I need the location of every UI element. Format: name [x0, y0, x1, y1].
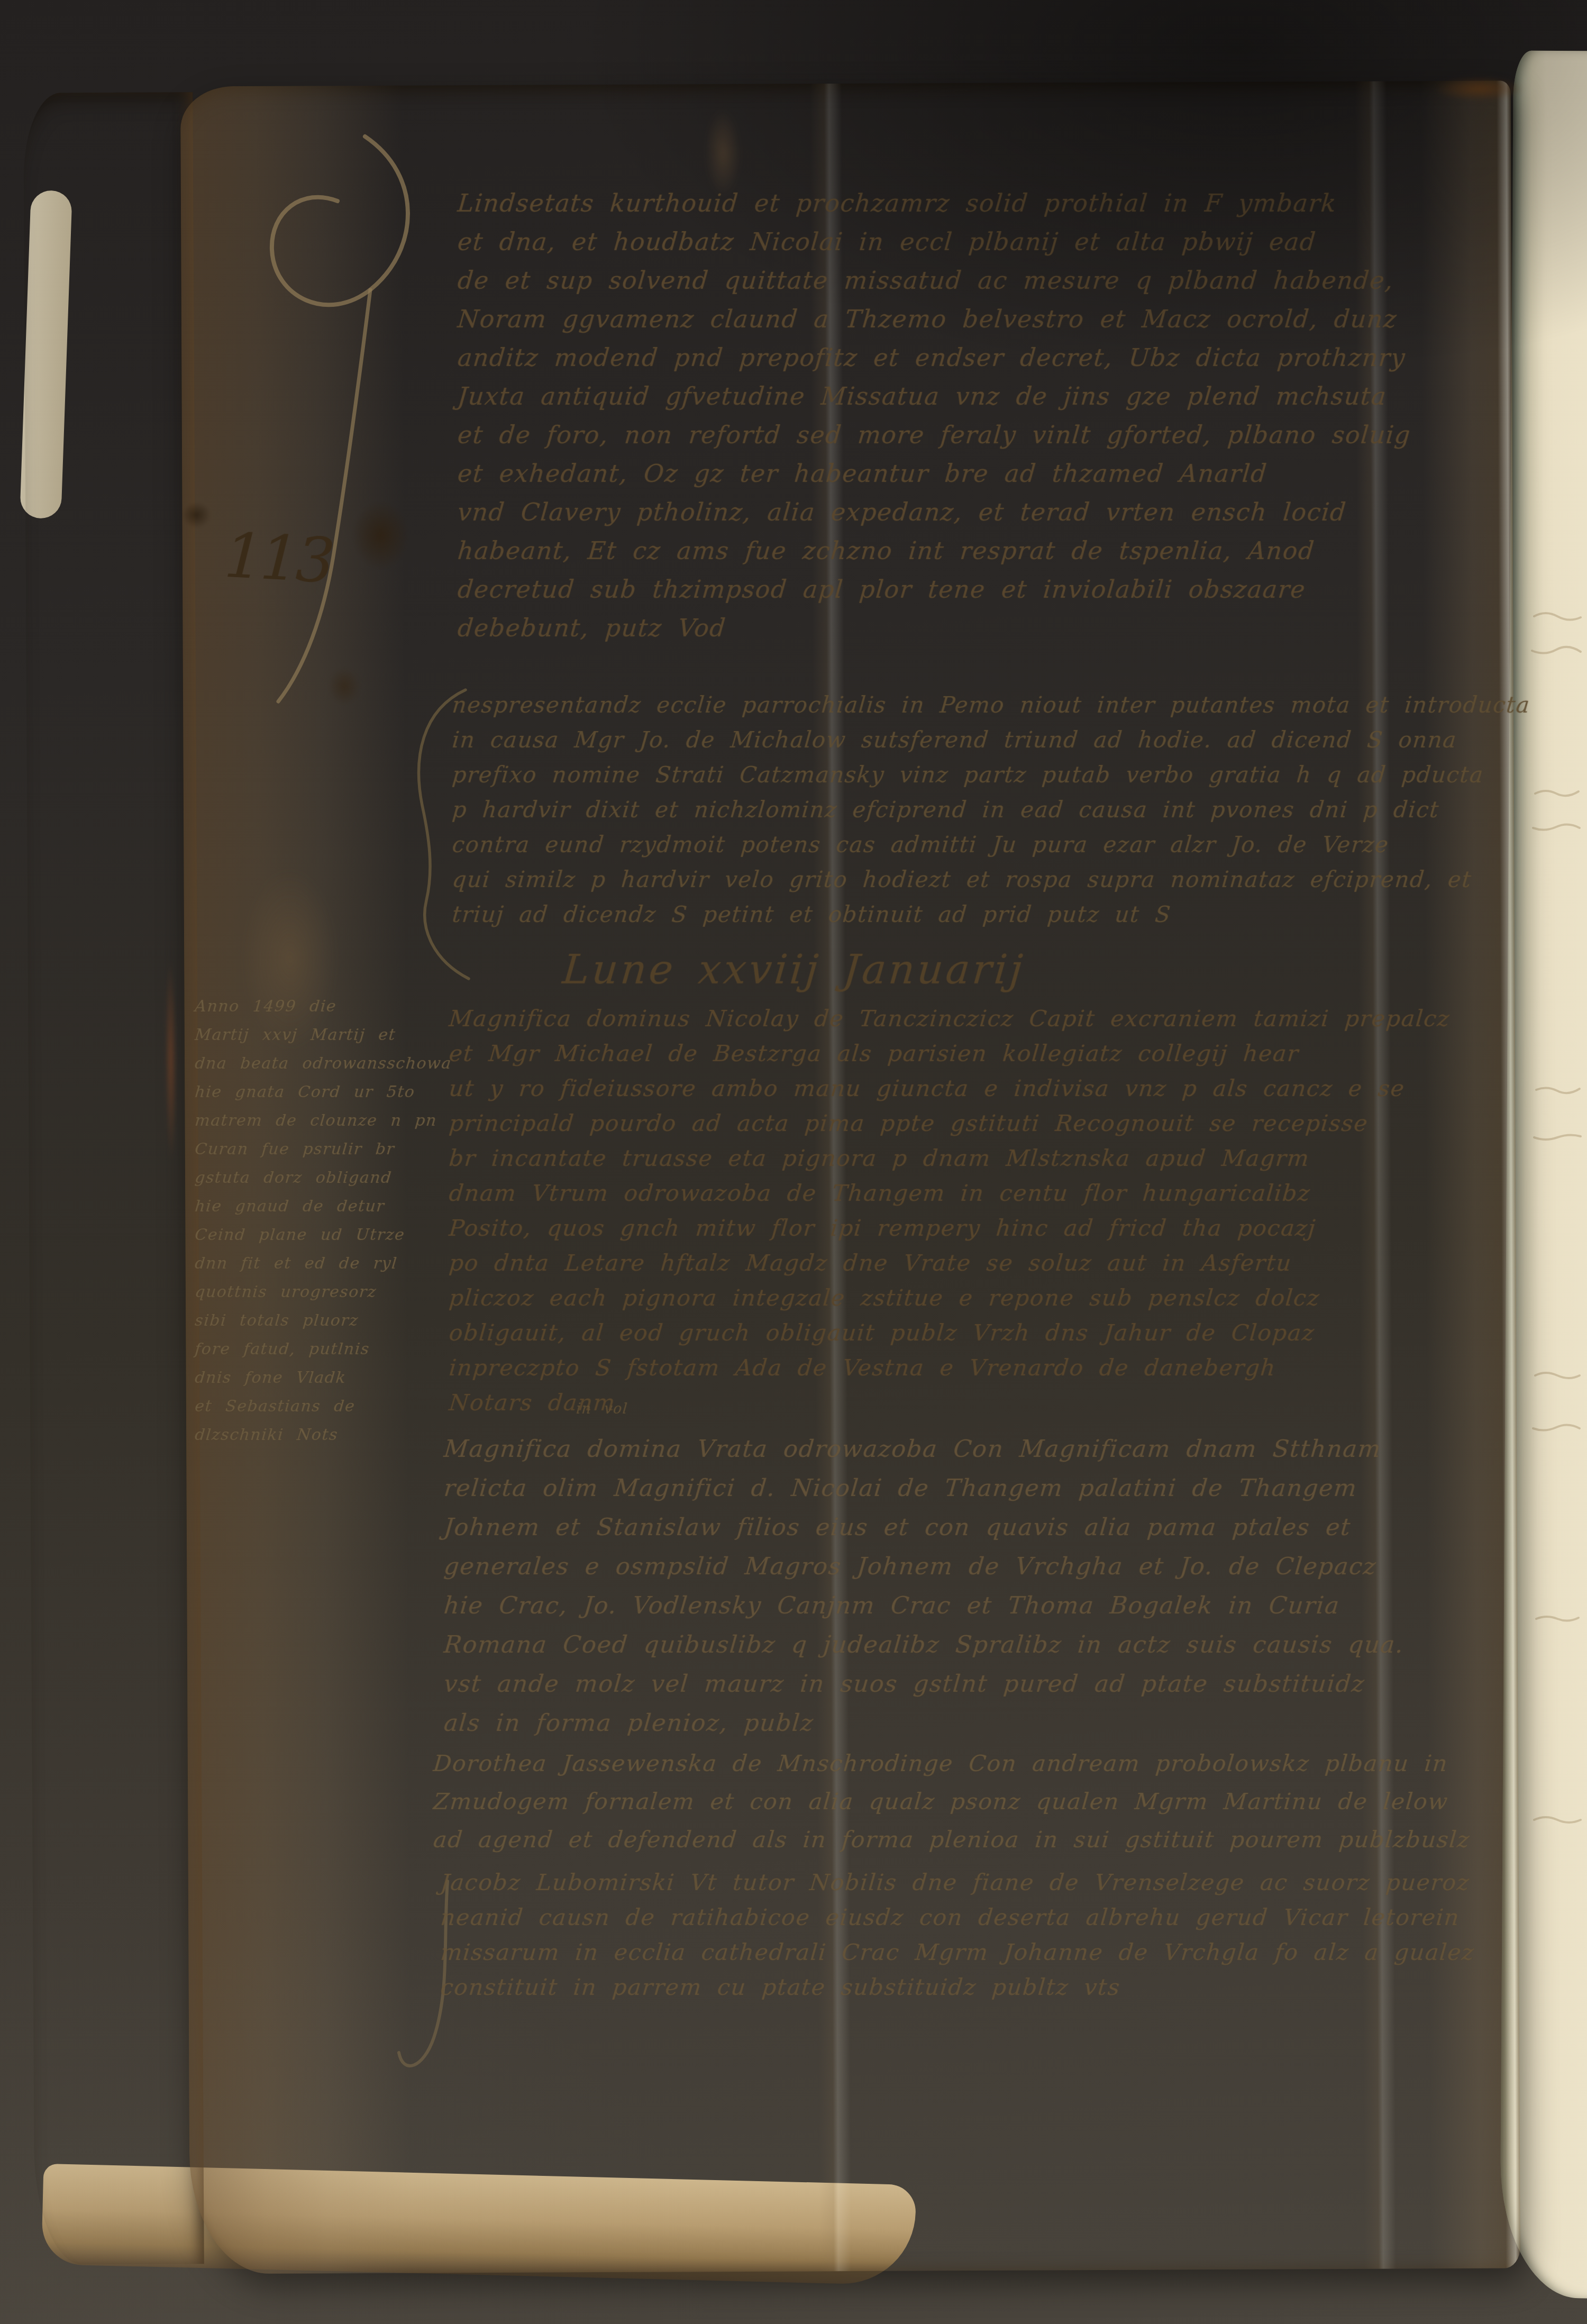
entry-paragraph-3: Magnifica dominus Nicolay de Tanczinczic… [448, 1001, 1448, 1420]
manuscript-line: principald pourdo ad acta pima ppte gsti… [448, 1106, 1452, 1141]
manuscript-line: Dorothea Jassewenska de Mnschrodinge Con… [432, 1745, 1472, 1783]
entry-paragraph-2: nespresentandz ecclie parrochialis in Pe… [451, 688, 1529, 932]
manuscript-line: et Sebastians de [194, 1392, 453, 1421]
manuscript-line: missarum in ecclia cathedrali Crac Mgrm … [439, 1935, 1476, 1970]
manuscript-line: Lindsetats kurthouid et prochzamrz solid… [456, 184, 1412, 223]
manuscript-line: hie gnata Cord ur 5to [194, 1078, 453, 1107]
manuscript-line: Magnifica dominus Nicolay de Tanczinczic… [448, 1001, 1452, 1036]
ink-blot [176, 496, 217, 533]
manuscript-line: hie Crac, Jo. Vodlensky Canjnm Crac et T… [442, 1586, 1406, 1625]
manuscript-line: Johnem et Stanislaw filios eius et con q… [442, 1508, 1406, 1547]
manuscript-line: habeant, Et cz ams fue zchzno int respra… [456, 532, 1412, 570]
manuscript-photograph: 113 Lindsetats kurthouid et prochzamrz s… [0, 0, 1587, 2324]
manuscript-line: obligauit, al eod gruch obligauit publz … [448, 1316, 1452, 1351]
manuscript-line: ut y ro fideiussore ambo manu giuncta e … [448, 1071, 1452, 1106]
manuscript-line: quottnis urogresorz [194, 1278, 453, 1307]
manuscript-line: matrem de clounze n pn [194, 1107, 453, 1135]
folio-number: 113 [223, 520, 334, 597]
manuscript-line: anditz modend pnd prepofitz et endser de… [456, 339, 1412, 377]
manuscript-line: Romana Coed quibuslibz q judealibz Spral… [442, 1625, 1406, 1664]
manuscript-line: Zmudogem fornalem et con alia qualz pson… [432, 1783, 1472, 1821]
manuscript-line: neanid causn de ratihabicoe eiusdz con d… [439, 1900, 1476, 1935]
manuscript-line: prefixo nomine Strati Catzmansky vinz pa… [451, 758, 1531, 792]
manuscript-line: Magnifica domina Vrata odrowazoba Con Ma… [442, 1429, 1406, 1469]
manuscript-line: inpreczpto S fstotam Ada de Vestna e Vre… [448, 1351, 1452, 1386]
manuscript-line: dnam Vtrum odrowazoba de Thangem in cent… [448, 1176, 1452, 1211]
manuscript-line: ad agend et defendend als in forma pleni… [432, 1821, 1472, 1859]
manuscript-line: Posito, quos gnch mitw flor ipi rempery … [448, 1211, 1452, 1246]
manuscript-line: debebunt, putz Vod [456, 609, 1412, 648]
book-spine-page-stack [23, 92, 204, 2265]
manuscript-line: vnd Clavery ptholinz, alia expedanz, et … [456, 493, 1412, 532]
manuscript-line: nespresentandz ecclie parrochialis in Pe… [451, 688, 1531, 723]
manuscript-line: hie gnaud de detur [194, 1192, 453, 1221]
manuscript-line: Curan fue psrulir br [194, 1135, 453, 1164]
manuscript-line: br incantate truasse eta pignora p dnam … [448, 1141, 1452, 1176]
manuscript-line: als in forma plenioz, publz [442, 1703, 1406, 1743]
manuscript-line: dlzschniki Nots [194, 1421, 453, 1450]
manuscript-line: dna beata odrowansschowa [194, 1050, 453, 1078]
manuscript-line: dnis fone Vladk [194, 1364, 453, 1392]
manuscript-line: pliczoz each pignora integzale zstitue e… [448, 1281, 1452, 1316]
manuscript-line: po dnta Letare hftalz Magdz dne Vrate se… [448, 1246, 1452, 1281]
manuscript-line: sibi totals pluorz [194, 1307, 453, 1335]
manuscript-line: et Mgr Michael de Bestzrga als parisien … [448, 1036, 1452, 1071]
date-heading: Lune xxviij Januarij [561, 946, 1023, 993]
entry-paragraph-5: Dorothea Jassewenska de Mnschrodinge Con… [432, 1745, 1469, 1859]
manuscript-line: constituit in parrem cu ptate substituid… [439, 1970, 1476, 2005]
manuscript-line: decretud sub thzimpsod apl plor tene et … [456, 570, 1412, 609]
entry-paragraph-4: Magnifica domina Vrata odrowazoba Con Ma… [442, 1429, 1402, 1743]
ink-blot [322, 660, 367, 713]
manuscript-line: Anno 1499 die [194, 992, 453, 1021]
manuscript-line: Jacobz Lubomirski Vt tutor Nobilis dne f… [439, 1865, 1476, 1900]
manuscript-line: p hardvir dixit et nichzlominz efciprend… [451, 792, 1531, 827]
manuscript-line: Juxta antiquid gfvetudine Missatua vnz d… [456, 377, 1412, 416]
entry-paragraph-6: Jacobz Lubomirski Vt tutor Nobilis dne f… [439, 1865, 1473, 2005]
manuscript-line: contra eund rzydmoit potens cas admitti … [451, 827, 1531, 862]
in-vol-text: in vol [576, 1401, 628, 1417]
manuscript-line: Martij xxvj Martij et [194, 1021, 453, 1050]
manuscript-line: Noram ggvamenz claund a Thzemo belvestro… [456, 300, 1412, 339]
manuscript-line: gstuta dorz obligand [194, 1164, 453, 1192]
manuscript-line: generales e osmpslid Magros Johnem de Vr… [442, 1547, 1406, 1586]
manuscript-line: triuj ad dicendz S petint et obtinuit ad… [451, 897, 1531, 932]
manuscript-line: qui similz p hardvir velo grito hodiezt … [451, 862, 1531, 897]
manuscript-line: dnn fit et ed de ryl [194, 1250, 453, 1278]
manuscript-line: fore fatud, putlnis [194, 1335, 453, 1364]
manuscript-line: relicta olim Magnifici d. Nicolai de Tha… [442, 1469, 1406, 1508]
margin-note-column: Anno 1499 dieMartij xxvj Martij etdna be… [194, 992, 450, 1450]
manuscript-line: et de foro, non refortd sed more feraly … [456, 416, 1412, 454]
in-vol-note: in vol [576, 1401, 627, 1417]
ink-blot [341, 488, 421, 584]
manuscript-line: in causa Mgr Jo. de Michalow sutsferend … [451, 723, 1531, 758]
manuscript-line: vst ande molz vel maurz in suos gstlnt p… [442, 1664, 1406, 1703]
entry-paragraph-1: Lindsetats kurthouid et prochzamrz solid… [456, 184, 1409, 648]
manuscript-line: Ceind plane ud Utrze [194, 1221, 453, 1250]
manuscript-line: et dna, et houdbatz Nicolai in eccl plba… [456, 223, 1412, 261]
manuscript-line: de et sup solvend quittate missatud ac m… [456, 261, 1412, 300]
date-heading-text: Lune xxviij Januarij [561, 946, 1027, 993]
spine-stain [165, 960, 177, 1161]
manuscript-line: et exhedant, Oz gz ter habeantur bre ad … [456, 454, 1412, 493]
